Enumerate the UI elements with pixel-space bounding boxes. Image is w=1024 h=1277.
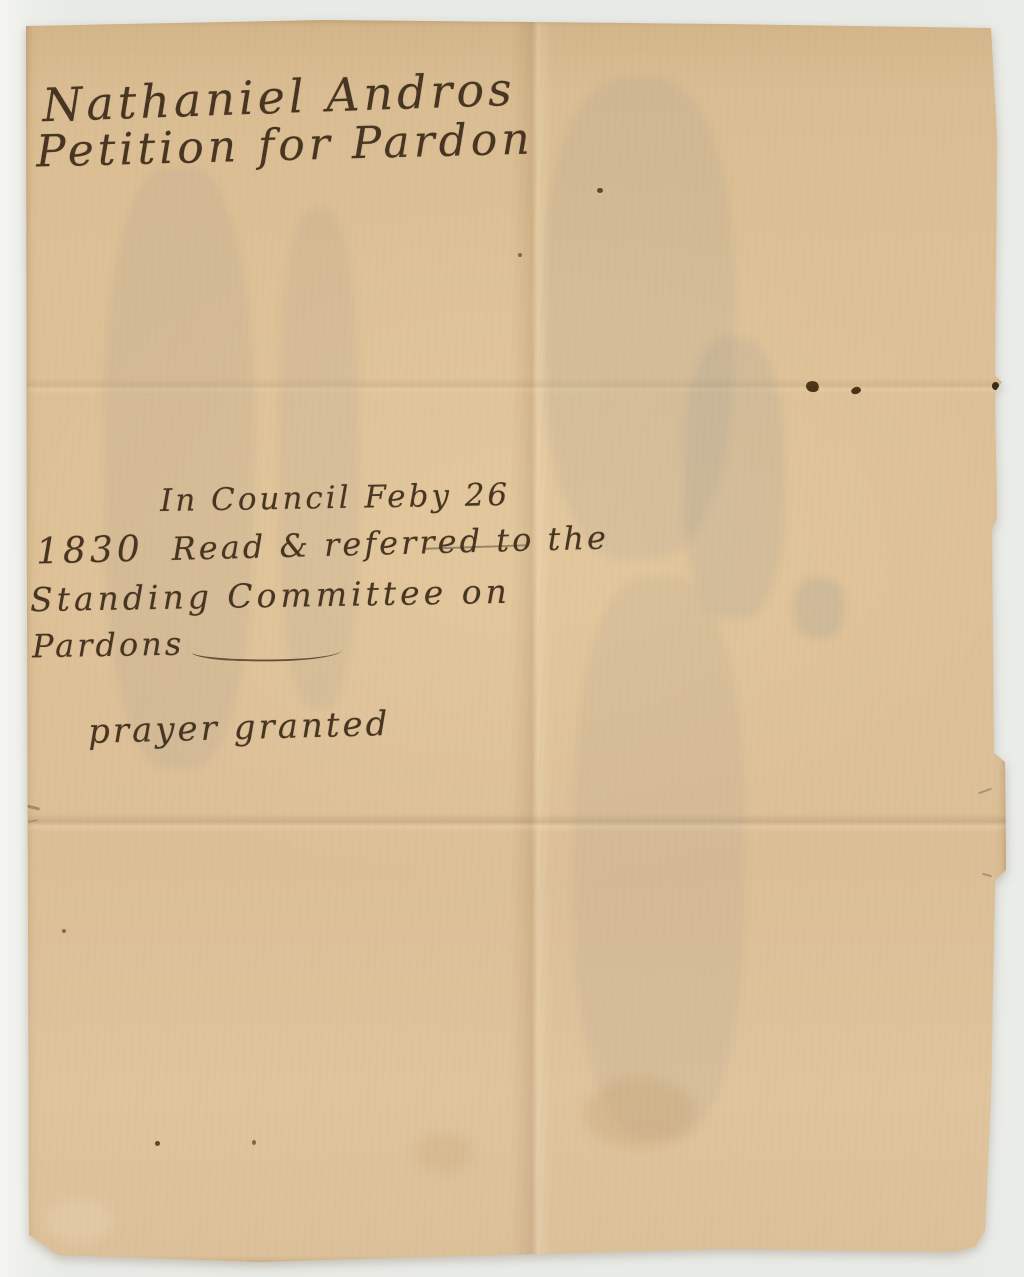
paper-texture [24, 18, 1008, 1268]
scanner-background: Nathaniel Andros Petition for Pardon In … [0, 0, 1024, 1277]
manuscript-page: Nathaniel Andros Petition for Pardon In … [24, 18, 1008, 1268]
paper-sheet: Nathaniel Andros Petition for Pardon In … [24, 18, 1008, 1268]
